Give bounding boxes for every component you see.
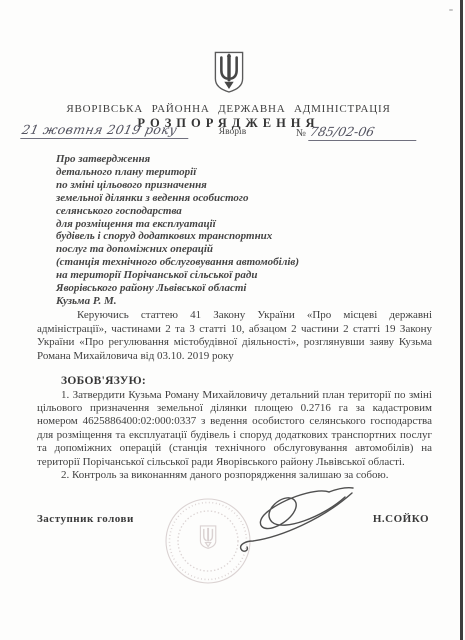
scan-edge bbox=[460, 0, 463, 640]
subject-line: на території Порічанської сільської ради bbox=[56, 269, 299, 282]
subject-line: послуг та допоміжних операцій bbox=[56, 243, 299, 256]
number-sign: № bbox=[296, 128, 306, 139]
signer-title: Заступник голови bbox=[37, 513, 134, 525]
document-number: №785/02-06 bbox=[296, 124, 418, 141]
document-header: ЯВОРІВСЬКА РАЙОННА ДЕРЖАВНА АДМІНІСТРАЦІ… bbox=[0, 50, 457, 131]
subject-line: (станція технічного обслуговування автом… bbox=[56, 256, 299, 269]
subject-line: земельної ділянки з ведення особистого bbox=[56, 192, 299, 205]
scan-speck bbox=[449, 9, 453, 11]
resolve-word: ЗОБОВ'ЯЗУЮ: bbox=[61, 375, 432, 389]
signer-name: Н.СОЙКО bbox=[373, 513, 429, 525]
subject-block: Про затвердження детального плану терито… bbox=[56, 153, 299, 308]
subject-line: будівель і споруд додаткових транспортни… bbox=[56, 230, 299, 243]
subject-line: Яворівського району Львівської області bbox=[56, 282, 299, 295]
subject-line: детального плану території bbox=[56, 166, 299, 179]
body-text: Керуючись статтею 41 Закону України «Про… bbox=[37, 309, 432, 482]
order-item-2: 2. Контроль за виконанням даного розпоря… bbox=[37, 469, 432, 482]
subject-line: для розміщення та експлуатації bbox=[56, 218, 299, 231]
order-item-1: 1. Затвердити Кузьма Роману Михайловичу … bbox=[37, 389, 432, 469]
subject-line: Про затвердження bbox=[56, 153, 299, 166]
signature-ink-icon bbox=[219, 485, 354, 562]
subject-line: селянського господарства bbox=[56, 205, 299, 218]
date-number-line: 21 жовтня 2019 року Яворів №785/02-06 bbox=[0, 120, 465, 144]
subject-line: Кузьма Р. М. bbox=[56, 295, 299, 308]
handwritten-number: 785/02-06 bbox=[308, 124, 420, 141]
coat-of-arms-icon bbox=[212, 50, 246, 99]
subject-line: по зміні цільового призначення bbox=[56, 179, 299, 192]
organization-name: ЯВОРІВСЬКА РАЙОННА ДЕРЖАВНА АДМІНІСТРАЦІ… bbox=[0, 103, 457, 115]
document-page: ЯВОРІВСЬКА РАЙОННА ДЕРЖАВНА АДМІНІСТРАЦІ… bbox=[0, 0, 465, 640]
preamble-paragraph: Керуючись статтею 41 Закону України «Про… bbox=[37, 309, 432, 363]
